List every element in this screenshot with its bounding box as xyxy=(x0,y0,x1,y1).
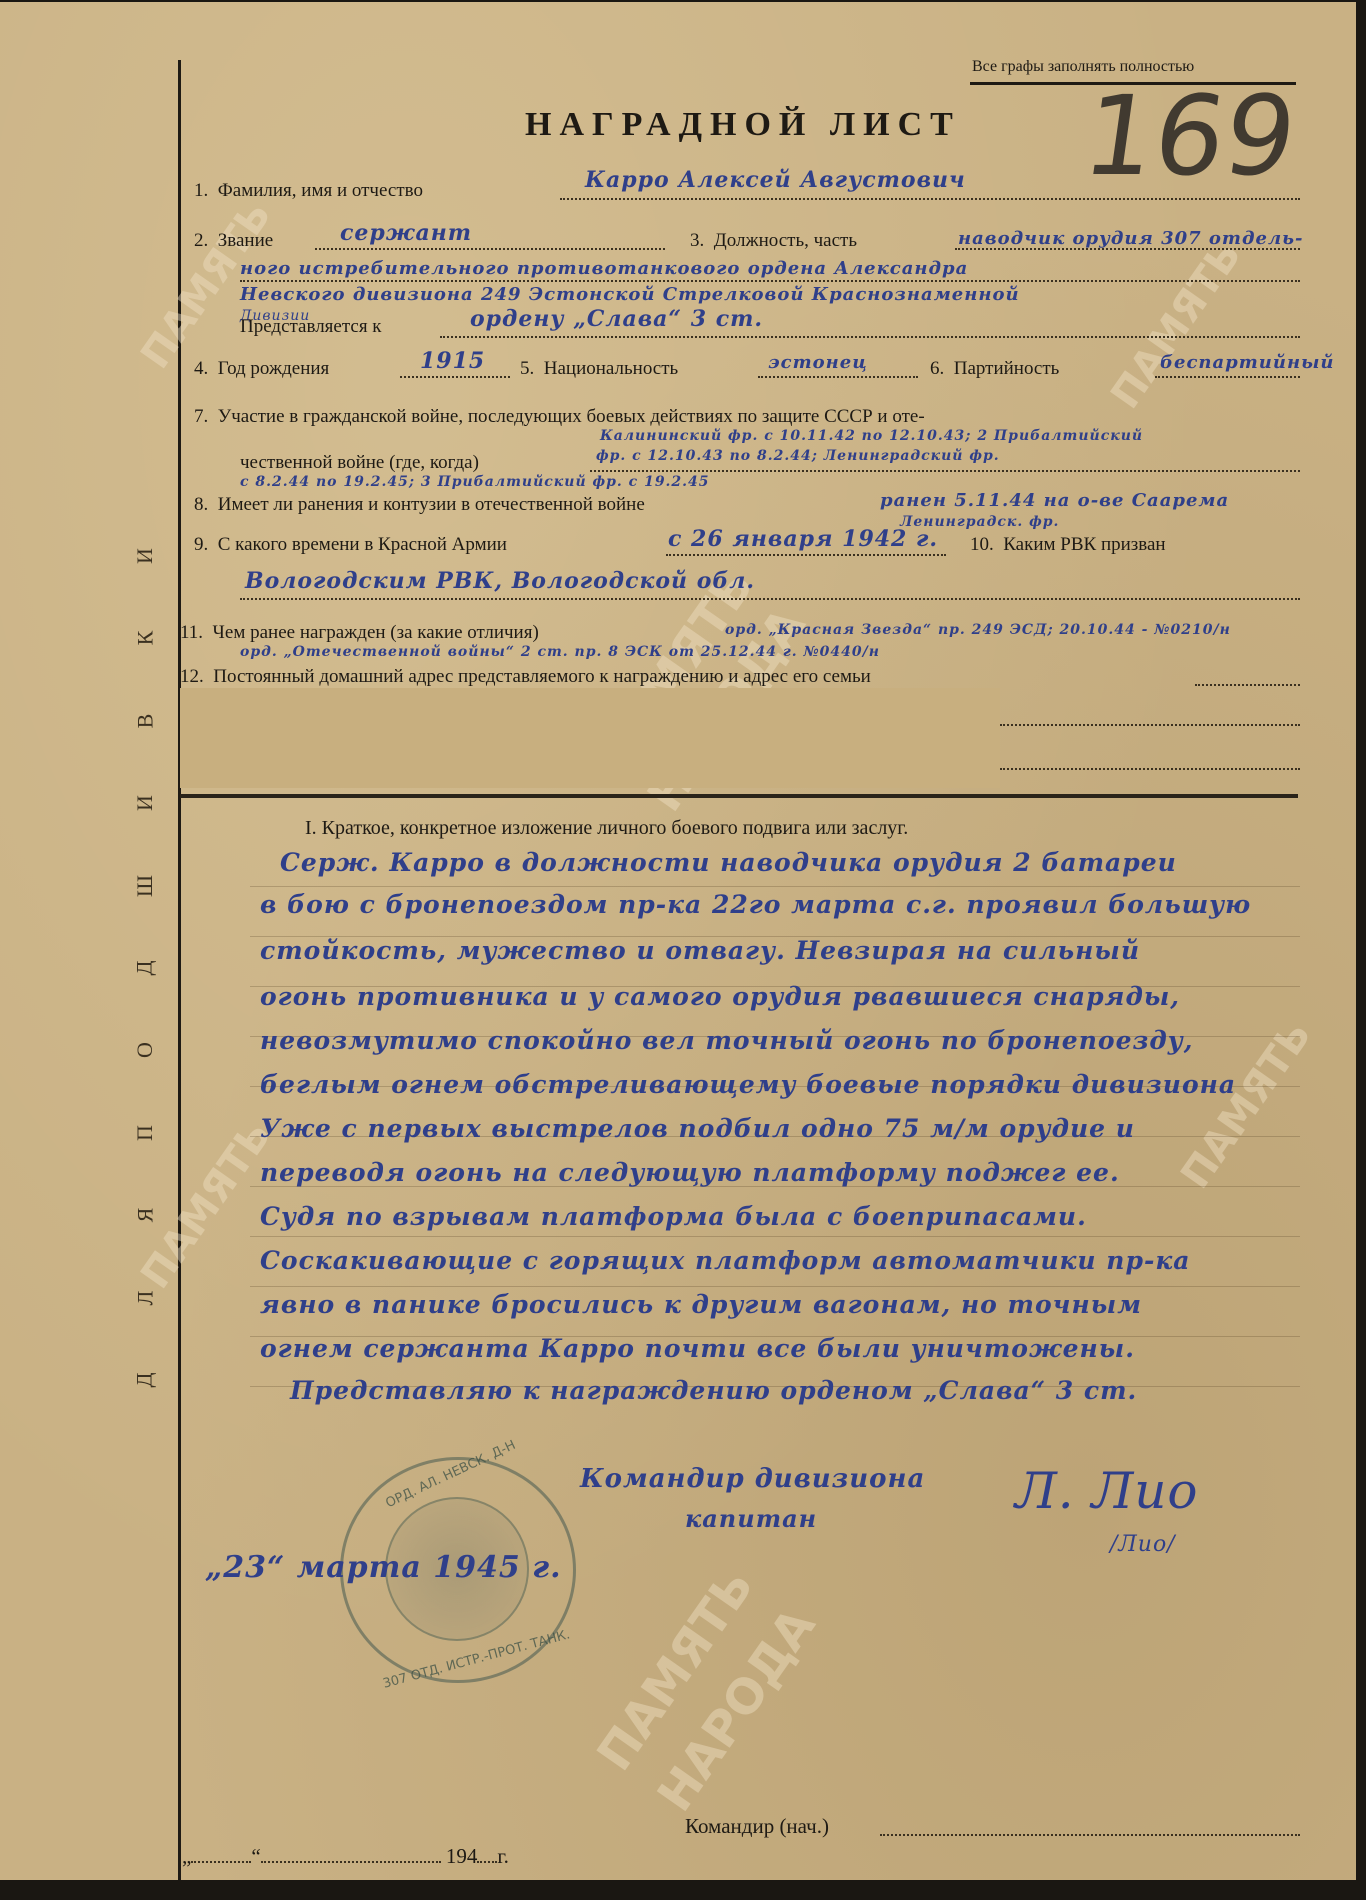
field-6-value: беспартийный xyxy=(1160,352,1335,373)
field-9: 9. С какого времени в Красной Армии xyxy=(194,534,507,556)
signature-date: „23“ марта 1945 г. xyxy=(205,1550,562,1585)
section-1-heading: I. Краткое, конкретное изложение личного… xyxy=(305,817,908,840)
field-5: 5. Национальность xyxy=(520,358,678,380)
field-10: 10. Каким РВК призван xyxy=(970,534,1166,556)
field-4: 4. Год рождения xyxy=(194,358,329,380)
narrative-line: Судя по взрывам платформа была с боеприп… xyxy=(260,1202,1087,1231)
field-7-value-line3: с 8.2.44 по 19.2.45; 3 Прибалтийский фр.… xyxy=(240,474,710,490)
field-3-value-line3: Невского дивизиона 249 Эстонской Стрелко… xyxy=(240,284,1020,305)
narrative-line: невозмутимо спокойно вел точный огонь по… xyxy=(260,1026,1193,1055)
commander-label: Командир (нач.) xyxy=(685,1814,829,1839)
signature: Л. Лио xyxy=(1015,1462,1199,1520)
narrative-line: беглым огнем обстреливающему боевые поря… xyxy=(260,1070,1236,1099)
narrative-line: явно в панике бросились к другим вагонам… xyxy=(260,1290,1142,1319)
field-10-value: Вологодским РВК, Вологодской обл. xyxy=(245,568,755,594)
field-9-value: с 26 января 1942 г. xyxy=(668,526,938,552)
section-divider xyxy=(180,794,1298,798)
footer-date-template: „“ 194г. xyxy=(182,1844,509,1869)
signer-position: Командир дивизиона xyxy=(580,1464,925,1494)
field-6: 6. Партийность xyxy=(930,358,1059,380)
narrative-line: Представляю к награждению орденом „Слава… xyxy=(290,1376,1137,1405)
field-7: 7. Участие в гражданской войне, последую… xyxy=(194,406,925,428)
narrative-line: Серж. Карро в должности наводчика орудия… xyxy=(280,848,1177,877)
field-7-label-cont: чественной войне (где, когда) xyxy=(240,452,479,474)
redacted-address xyxy=(180,688,1000,788)
narrative-line: Соскакивающие с горящих платформ автомат… xyxy=(260,1246,1190,1275)
narrative-line: переводя огонь на следующую платформу по… xyxy=(260,1158,1120,1187)
narrative-line: огнем сержанта Карро почти все были унич… xyxy=(260,1334,1135,1363)
field-3: 3. Должность, часть xyxy=(690,230,857,252)
field-3-value-line2: ного истребительного противотанкового ор… xyxy=(240,258,968,279)
field-11: 11. Чем ранее награжден (за какие отличи… xyxy=(180,622,539,644)
field-3-value-line1: наводчик орудия 307 отдель- xyxy=(958,228,1303,249)
watermark: ПАМЯТЬ xyxy=(1102,233,1250,417)
field-2-value: сержант xyxy=(340,220,472,246)
narrative-line: в бою с бронепоездом пр-ка 22го марта с.… xyxy=(260,890,1251,919)
signer-rank: капитан xyxy=(685,1504,817,1533)
field-12: 12. Постоянный домашний адрес представля… xyxy=(180,666,871,688)
presented-for-value: ордену „Слава“ 3 ст. xyxy=(470,306,763,332)
field-4-value: 1915 xyxy=(420,348,485,374)
field-1: 1. Фамилия, имя и отчество xyxy=(194,180,423,202)
field-2: 2. Звание xyxy=(194,230,273,252)
field-1-value: Карро Алексей Августович xyxy=(585,167,966,193)
field-11-value-line2: орд. „Отечественной войны“ 2 ст. пр. 8 Э… xyxy=(240,644,880,660)
handwritten-number: 169 xyxy=(1076,72,1304,200)
field-7-value-line2: фр. с 12.10.43 по 8.2.44; Ленинградский … xyxy=(596,448,1000,464)
scan-edge xyxy=(1356,0,1366,1900)
document-title: НАГРАДНОЙ ЛИСТ xyxy=(525,106,961,144)
field-8: 8. Имеет ли ранения и контузии в отечест… xyxy=(194,494,645,516)
narrative-line: Уже с первых выстрелов подбил одно 75 м/… xyxy=(260,1114,1135,1143)
field-8-value-line1: ранен 5.11.44 на о-ве Саарема xyxy=(880,490,1229,511)
narrative-line: огонь противника и у самого орудия рвавш… xyxy=(260,982,1180,1011)
field-11-value-line1: орд. „Красная Звезда“ пр. 249 ЭСД; 20.10… xyxy=(725,622,1231,638)
watermark: ПАМЯТЬ xyxy=(1172,1013,1320,1197)
signature-name: /Лио/ xyxy=(1110,1532,1176,1557)
scan-edge xyxy=(0,1880,1366,1900)
field-5-value: эстонец xyxy=(768,352,868,373)
presented-for: Представляется к xyxy=(240,316,382,338)
field-7-value-line1: Калининский фр. с 10.11.42 по 12.10.43; … xyxy=(600,428,1143,444)
award-sheet: ДЛЯПОДШИВКИ ПАМЯТЬ НАРОДА ПАМЯТЬ НАРОДА … xyxy=(0,2,1356,1880)
narrative-line: стойкость, мужество и отвагу. Невзирая н… xyxy=(260,936,1140,965)
